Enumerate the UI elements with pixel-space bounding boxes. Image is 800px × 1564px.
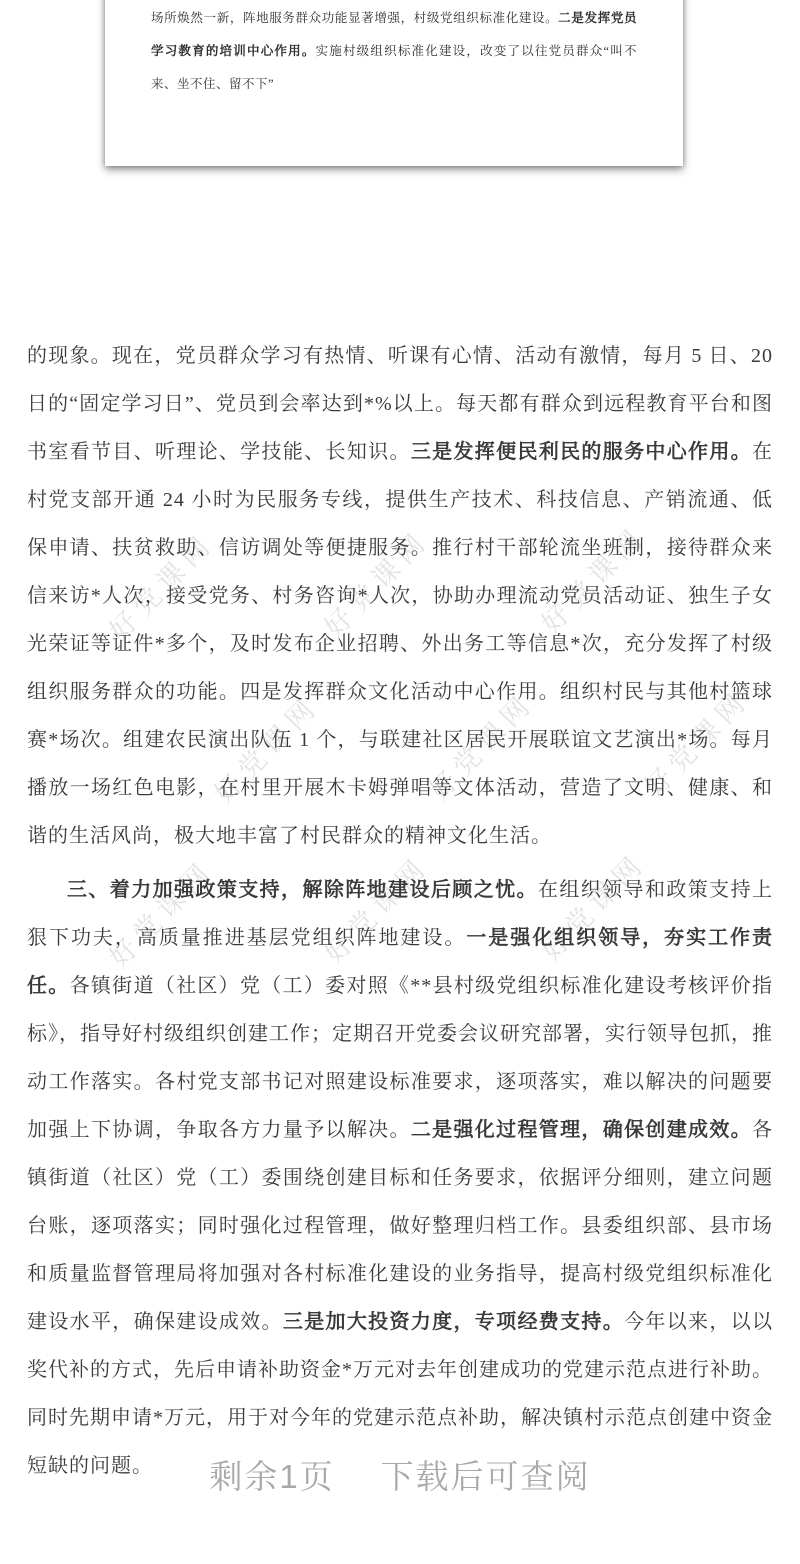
document-body: 的现象。现在，党员群众学习有热情、听课有心情、活动有激情，每月 5 日、20 日… xyxy=(27,332,773,1490)
page1-preview-card: 场所焕然一新，阵地服务群众功能显著增强，村级党组织标准化建设。二是发挥党员学习教… xyxy=(105,0,683,166)
text-run: 场所焕然一新，阵地服务群众功能显著增强，村级党组织标准化建设。 xyxy=(151,11,558,25)
text-run: 二是强化过程管理，确保创建成效。 xyxy=(411,1119,752,1141)
text-run: 三、着力加强政策支持，解除阵地建设后顾之忧。 xyxy=(67,879,538,901)
text-run: 各镇街道（社区）党（工）委对照《**县村级党组织标准化建设考核评价指标》，指导好… xyxy=(27,975,773,1141)
text-run: 三是发挥便民利民的服务中心作用。 xyxy=(411,441,752,463)
remaining-pages-label: 剩余1页 xyxy=(209,1458,334,1495)
paragraph: 的现象。现在，党员群众学习有热情、听课有心情、活动有激情，每月 5 日、20 日… xyxy=(27,332,773,860)
page1-text: 场所焕然一新，阵地服务群众功能显著增强，村级党组织标准化建设。二是发挥党员学习教… xyxy=(151,2,637,101)
page2-preview: 的现象。现在，党员群众学习有热情、听课有心情、活动有激情，每月 5 日、20 日… xyxy=(27,332,773,1490)
text-run: 在村党支部开通 24 小时为民服务专线，提供生产技术、科技信息、产销流通、低保申… xyxy=(27,441,773,847)
remaining-pages-note: 剩余1页下载后可查阅 xyxy=(0,1452,800,1502)
paragraph: 三、着力加强政策支持，解除阵地建设后顾之忧。在组织领导和政策支持上狠下功夫，高质… xyxy=(27,866,773,1490)
text-run: 三是加大投资力度，专项经费支持。 xyxy=(283,1311,624,1333)
text-run: 各镇街道（社区）党（工）委围绕创建目标和任务要求，依据评分细则，建立问题台账，逐… xyxy=(27,1119,773,1333)
download-hint-label: 下载后可查阅 xyxy=(381,1458,591,1495)
